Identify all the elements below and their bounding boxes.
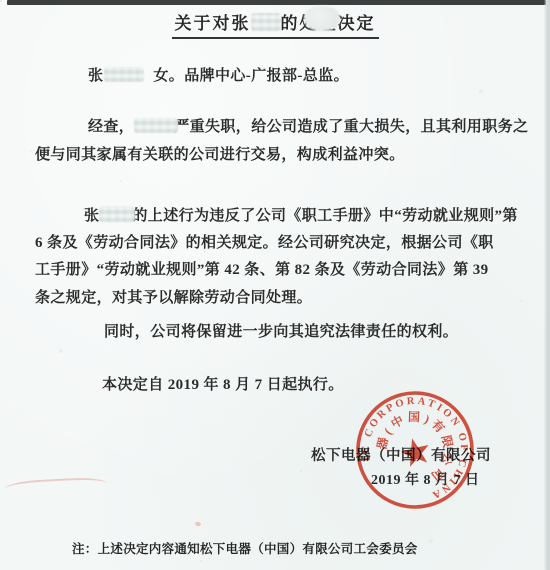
redaction-block-3	[99, 206, 135, 222]
paragraph-decision-line2: 6 条及《劳动合同法》的相关规定。经公司研究决定，根据公司《职	[35, 231, 494, 252]
paragraph-findings-line2: 便与同其家属有关联的公司进行交易，构成利益冲突。	[35, 143, 405, 164]
scan-noise	[0, 0, 2, 2]
redaction-block-title	[304, 6, 340, 31]
p1-post: 女。品牌中心-广报部-总监。	[153, 68, 349, 84]
scan-top-edge	[7, 0, 546, 5]
p2-l1-pre: 经查，	[88, 119, 134, 135]
scan-artifact-red-dot	[194, 521, 201, 527]
paragraph-subject: 张女。品牌中心-广报部-总监。	[88, 64, 349, 85]
paragraph-decision-line4: 条之规定，对其予以解除劳动合同处理。	[35, 286, 312, 307]
seal-star-icon	[398, 435, 432, 468]
paragraph-findings-line1: 经查，严重失职，给公司造成了重大损失，且其利用职务之	[88, 115, 528, 136]
footnote: 注：上述决定内容通知松下电器（中国）有限公司工会委员会	[72, 539, 418, 557]
page-title: 关于对张的处理决定	[0, 9, 550, 39]
redaction-block-1	[104, 67, 144, 82]
p3-l1-pre: 张	[84, 208, 99, 224]
seal-ring-text: PANASONIC CORPORATION OF CHINA	[333, 368, 481, 521]
paragraph-effective-date: 本决定自 2019 年 8 月 7 日起执行。	[102, 373, 344, 394]
redaction-block-title-inline	[251, 13, 281, 31]
title-pre: 关于对张	[175, 14, 251, 33]
scan-artifact-red-line	[5, 476, 108, 495]
p1-pre: 张	[88, 68, 103, 84]
redaction-block-2	[134, 118, 178, 133]
p3-l1-post: 的上述行为违反了公司《职工手册》中“劳动就业规则”第	[132, 208, 517, 224]
p2-l1-post: 严重失职，给公司造成了重大损失，且其利用职务之	[174, 119, 528, 135]
paragraph-decision-line3: 工手册》“劳动就业规则”第 42 条、第 82 条及《劳动合同法》第 39	[35, 258, 489, 279]
document-paper: 关于对张的处理决定 张女。品牌中心-广报部-总监。 经查，严重失职，给公司造成了…	[0, 0, 550, 570]
scan-right-edge	[544, 0, 550, 570]
company-seal: PANASONIC CORPORATION OF CHINA 松下电器(中国)有…	[333, 368, 498, 533]
paragraph-decision-line1: 张的上述行为违反了公司《职工手册》中“劳动就业规则”第	[84, 204, 518, 225]
paragraph-legal-rights: 同时，公司将保留进一步向其追究法律责任的权利。	[104, 320, 458, 341]
